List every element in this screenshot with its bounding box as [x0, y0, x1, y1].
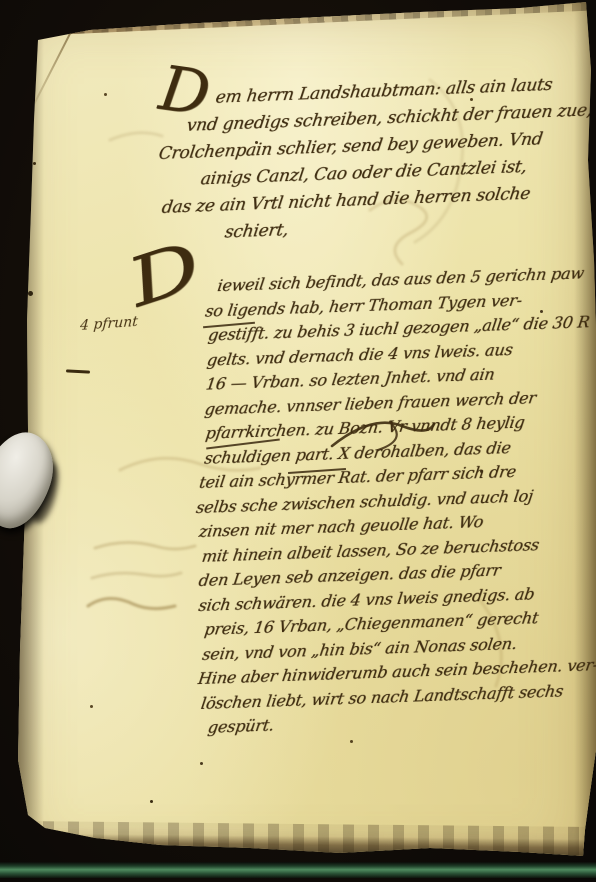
foxing-specks — [0, 0, 3, 3]
green-table-edge — [0, 862, 596, 878]
white-dust-speck — [380, 0, 385, 4]
handwritten-paragraph-2: ieweil sich befindt, das aus den 5 geric… — [192, 261, 596, 740]
handwritten-paragraph-1: em herrn Landshaubtman: alls ain lauts v… — [189, 70, 596, 247]
archival-photograph: D em herrn Landshaubtman: alls ain lauts… — [0, 0, 596, 882]
manuscript-page: D em herrn Landshaubtman: alls ain lauts… — [0, 0, 596, 882]
paraph-flourish — [330, 420, 440, 454]
